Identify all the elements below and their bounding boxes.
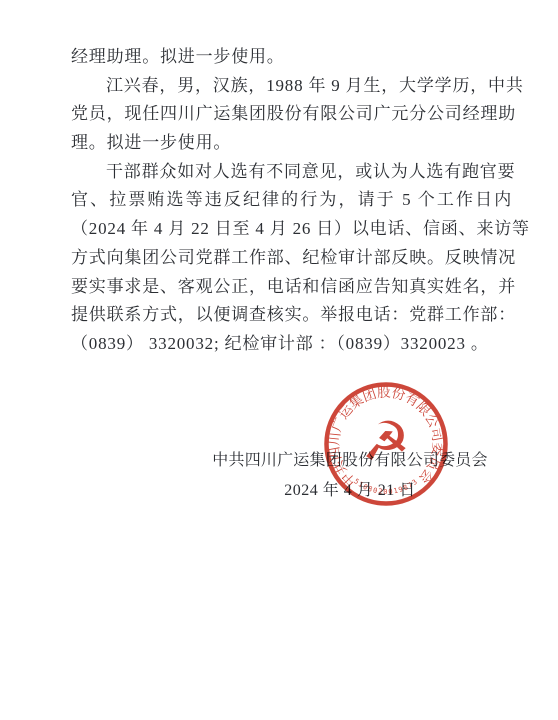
document-body: 经理助理。拟进一步使用。 江兴春，男，汉族，1988 年 9 月生，大学学历，中… [71,43,512,359]
official-seal: 中共四川广运集团股份有限公司委员会 5108020019873 ☭ [323,381,449,507]
body-line: 官、拉票贿选等违反纪律的行为，请于 5 个工作日内 [71,186,512,215]
body-line: 理。拟进一步使用。 [71,129,512,158]
body-line: 提供联系方式，以便调查核实。举报电话：党群工作部： [71,301,512,330]
body-line: 方式向集团公司党群工作部、纪检审计部反映。反映情况 [71,244,512,273]
body-line: 党员，现任四川广运集团股份有限公司广元分公司经理助 [71,100,512,129]
seal-serial-container: 5108020019873 [352,477,420,496]
body-line: 江兴春，男，汉族，1988 年 9 月生，大学学历，中共 [71,72,512,101]
body-line: 经理助理。拟进一步使用。 [71,43,512,72]
body-line: （2024 年 4 月 22 日至 4 月 26 日）以电话、信函、来访等 [71,215,512,244]
seal-serial-number: 5108020019873 [352,477,420,496]
body-line: 干部群众如对人选有不同意见，或认为人选有跑官要 [71,158,512,187]
body-line: （0839） 3320032; 纪检审计部 ：（0839）3320023 。 [71,330,512,359]
document-page: 经理助理。拟进一步使用。 江兴春，男，汉族，1988 年 9 月生，大学学历，中… [0,0,558,720]
hammer-sickle-icon: ☭ [362,415,410,469]
body-line: 要实事求是、客观公正，电话和信函应告知真实姓名，并 [71,273,512,302]
